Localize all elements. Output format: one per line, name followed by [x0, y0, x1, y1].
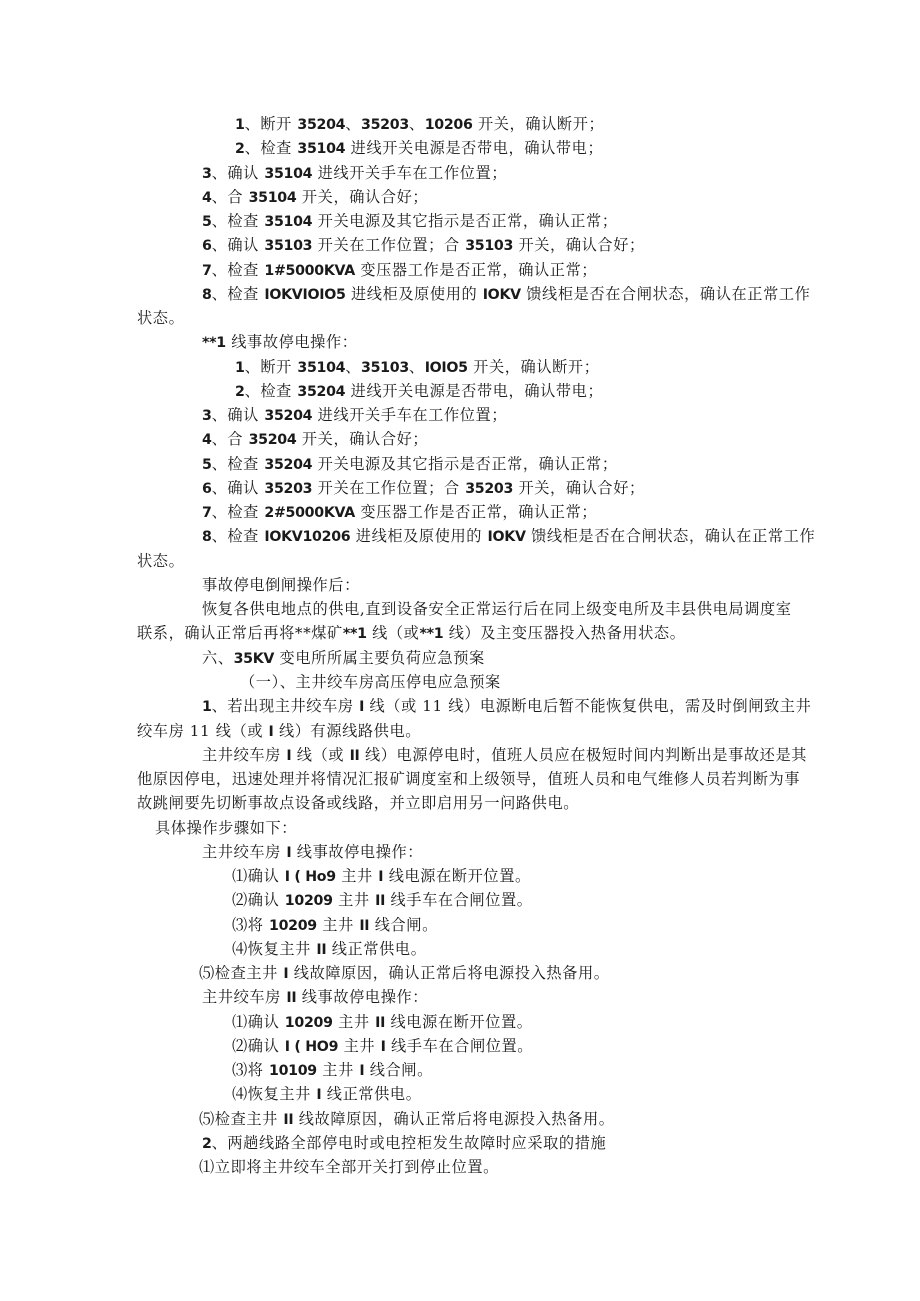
bold-code: 35204	[297, 117, 345, 133]
bold-code: **1	[419, 626, 443, 642]
bold-code: IOKV10206	[264, 529, 350, 545]
bold-code: 35204	[264, 457, 312, 473]
text-run: 、检查	[212, 503, 265, 521]
text-line: 3、确认 35104 进线开关手车在工作位置；	[202, 161, 507, 185]
bold-code: 35104	[264, 166, 312, 182]
text-line: 主井绞车房 I 线（或 II 线）电源停电时，值班人员应在极短时间内判断出是事故…	[202, 743, 807, 767]
text-run: 主井绞车房	[202, 746, 286, 764]
text-line: 具体操作步骤如下：	[155, 816, 297, 840]
text-line: 1、断开 35104、35103、IOIO5 开关，确认断开；	[235, 355, 599, 379]
text-run: 线正常供电。	[326, 940, 426, 958]
text-run: 进线柜及原使用的	[346, 285, 483, 303]
text-run: ⑶将	[232, 916, 269, 934]
text-line: 8、检查 IOKV10206 进线柜及原使用的 IOKV 馈线柜是否在合闸状态，…	[202, 524, 815, 548]
bold-code: 2	[235, 141, 245, 157]
text-run: 线合闸。	[369, 916, 438, 934]
text-line: 4、合 35104 开关，确认合好；	[202, 185, 428, 209]
text-run: ⑴确认	[232, 1013, 285, 1031]
bold-code: 6	[202, 481, 212, 497]
bold-code: 35103	[465, 238, 513, 254]
text-run: 、	[409, 115, 425, 133]
text-run: 开关，确认断开；	[473, 115, 605, 133]
bold-code: 2	[235, 384, 245, 400]
text-line: ⑸检查主井 I 线故障原因，确认正常后将电源投入热备用。	[199, 961, 610, 985]
text-line: 1、若出现主井绞车房 I 线（或 11 线）电源断电后暂不能恢复供电，需及时倒闸…	[202, 694, 811, 718]
bold-code: II	[283, 1112, 293, 1128]
bold-code: 10209	[285, 893, 333, 909]
text-line: 主井绞车房 II 线事故停电操作：	[202, 985, 428, 1009]
text-run: 状态。	[137, 552, 184, 570]
text-line: ⑶将 10209 主井 II 线合闸。	[232, 913, 438, 937]
text-run: ⑵确认	[232, 891, 285, 909]
text-line: ⑸检查主井 II 线故障原因，确认正常后将电源投入热备用。	[199, 1107, 615, 1131]
bold-code: 4	[202, 432, 212, 448]
text-run: ⑷恢复主井	[232, 940, 316, 958]
bold-code: 3	[202, 166, 212, 182]
bold-code: 4	[202, 190, 212, 206]
bold-code: 6	[202, 238, 212, 254]
text-line: 1、断开 35204、35203、10206 开关，确认断开；	[235, 112, 604, 136]
bold-code: 8	[202, 529, 212, 545]
bold-code: I ( Ho9	[285, 869, 336, 885]
bold-code: II	[350, 748, 360, 764]
text-run: 线（或	[291, 746, 349, 764]
text-line: 状态。	[137, 306, 184, 330]
bold-code: 7	[202, 263, 212, 279]
text-run: 、	[345, 358, 361, 376]
text-run: ⑴确认	[232, 867, 285, 885]
bold-code: II	[316, 942, 326, 958]
text-run: 线事故停电操作：	[291, 843, 423, 861]
text-run: 开关，确认合好；	[296, 188, 428, 206]
text-run: 、检查	[245, 139, 298, 157]
text-run: 六、	[202, 649, 234, 667]
text-run: 开关电源及其它指示是否正常，确认正常；	[312, 455, 617, 473]
text-line: 2、检查 35104 进线开关电源是否带电，确认带电；	[235, 136, 603, 160]
text-line: 状态。	[137, 549, 184, 573]
text-run: 、检查	[212, 285, 265, 303]
text-run: 状态。	[137, 309, 184, 327]
text-line: 6、确认 35203 开关在工作位置；合 35203 开关，确认合好；	[202, 476, 645, 500]
text-run: 故跳闸要先切断事故点设备或线路，并立即启用另一问路供电。	[137, 794, 579, 812]
text-run: 线正常供电。	[321, 1085, 421, 1103]
text-line: 7、检查 1#5000KVA 变压器工作是否正常，确认正常；	[202, 258, 597, 282]
text-run: 、检查	[245, 382, 298, 400]
text-run: 线手车在合闸位置。	[386, 1037, 534, 1055]
text-run: 线（或	[367, 624, 420, 642]
text-run: 、合	[212, 430, 249, 448]
text-run: 线故障原因，确认正常后将电源投入热备用。	[288, 964, 609, 982]
text-run: 、	[409, 358, 425, 376]
text-run: 主井绞车房	[202, 843, 286, 861]
text-run: 线）有源线路供电。	[274, 722, 422, 740]
text-line: ⑵确认 I ( HO9 主井 I 线手车在合闸位置。	[232, 1034, 533, 1058]
text-run: 进线开关电源是否带电，确认带电；	[345, 382, 603, 400]
text-run: 主井	[333, 891, 375, 909]
text-run: 线事故停电操作：	[226, 333, 358, 351]
text-line: 7、检查 2#5000KVA 变压器工作是否正常，确认正常；	[202, 500, 597, 524]
text-line: 恢复各供电地点的供电,直到设备安全正常运行后在同上级变电所及丰县供电局调度室	[202, 597, 792, 621]
text-line: ⑶将 10109 主井 I 线合闸。	[232, 1058, 433, 1082]
text-run: 、检查	[212, 212, 265, 230]
text-run: 开关，确认合好；	[513, 479, 645, 497]
text-run: ⑸检查主井	[199, 1110, 283, 1128]
bold-code: II	[375, 1015, 385, 1031]
bold-code: 35204	[249, 432, 297, 448]
text-line: 故跳闸要先切断事故点设备或线路，并立即启用另一问路供电。	[137, 791, 579, 815]
bold-code: IOKV	[488, 529, 526, 545]
text-line: 事故停电倒闸操作后：	[202, 573, 360, 597]
text-run: 主井	[336, 867, 378, 885]
text-line: ⑴立即将主井绞车全部开关打到停止位置。	[199, 1155, 499, 1179]
text-run: 具体操作步骤如下：	[155, 819, 297, 837]
text-run: 主井绞车房	[202, 988, 286, 1006]
text-line: 5、检查 35204 开关电源及其它指示是否正常，确认正常；	[202, 452, 618, 476]
text-run: 绞车房 11 线（或	[137, 722, 269, 740]
bold-code: 35103	[361, 360, 409, 376]
text-run: 开关电源及其它指示是否正常，确认正常；	[312, 212, 617, 230]
text-run: 馈线柜是否在合闸状态，确认在正常工作	[521, 285, 811, 303]
bold-code: 2	[202, 1136, 212, 1152]
bold-code: IOIO5	[425, 360, 468, 376]
bold-code: 35204	[297, 384, 345, 400]
bold-code: 35104	[297, 360, 345, 376]
text-run: 线）电源停电时，值班人员应在极短时间内判断出是事故还是其	[360, 746, 807, 764]
text-run: 线（或 11 线）电源断电后暂不能恢复供电，需及时倒闸致主井	[364, 697, 811, 715]
bold-code: 5	[202, 214, 212, 230]
text-run: 线事故停电操作：	[296, 988, 428, 1006]
text-run: 线故障原因，确认正常后将电源投入热备用。	[293, 1110, 614, 1128]
text-run: ⑴立即将主井绞车全部开关打到停止位置。	[199, 1158, 499, 1176]
text-line: ⑴确认 10209 主井 II 线电源在断开位置。	[232, 1010, 533, 1034]
bold-code: 35KV	[234, 651, 275, 667]
text-run: 、检查	[212, 455, 265, 473]
bold-code: II	[286, 990, 296, 1006]
text-run: 变压器工作是否正常，确认正常；	[355, 261, 597, 279]
text-run: 、确认	[212, 236, 265, 254]
text-run: 馈线柜是否在合闸状态，确认在正常工作	[526, 527, 816, 545]
bold-code: 35203	[465, 481, 513, 497]
text-run: ⑶将	[232, 1061, 269, 1079]
bold-code: 10206	[425, 117, 473, 133]
bold-code: 35104	[297, 141, 345, 157]
bold-code: 2#5000KVA	[264, 505, 355, 521]
bold-code: **1	[202, 335, 226, 351]
text-line: 主井绞车房 I 线事故停电操作：	[202, 840, 423, 864]
text-run: ⑸检查主井	[199, 964, 283, 982]
text-line: 六、35KV 变电所所属主要负荷应急预案	[202, 646, 485, 670]
text-run: 开关，确认断开；	[468, 358, 600, 376]
bold-code: 35104	[249, 190, 297, 206]
bold-code: 35103	[264, 238, 312, 254]
text-run: 开关在工作位置；合	[312, 479, 465, 497]
text-line: （一）、主井绞车房高压停电应急预案	[240, 670, 501, 694]
bold-code: 1	[235, 117, 245, 133]
text-run: 、	[345, 115, 361, 133]
text-run: 主井	[317, 1061, 359, 1079]
text-run: ⑵确认	[232, 1037, 285, 1055]
text-run: 开关在工作位置；合	[312, 236, 465, 254]
text-run: 线电源在断开位置。	[383, 867, 531, 885]
text-line: ⑷恢复主井 I 线正常供电。	[232, 1082, 422, 1106]
text-line: ⑷恢复主井 II 线正常供电。	[232, 937, 427, 961]
bold-code: 3	[202, 408, 212, 424]
bold-code: I ( HO9	[285, 1039, 338, 1055]
text-run: 主井	[338, 1037, 380, 1055]
text-line: **1 线事故停电操作：	[202, 330, 358, 354]
text-line: 3、确认 35204 进线开关手车在工作位置；	[202, 403, 507, 427]
text-line: 5、检查 35104 开关电源及其它指示是否正常，确认正常；	[202, 209, 618, 233]
text-line: 6、确认 35103 开关在工作位置；合 35103 开关，确认合好；	[202, 233, 645, 257]
text-run: 事故停电倒闸操作后：	[202, 576, 360, 594]
bold-code: IOKVIOIO5	[264, 287, 345, 303]
text-run: 线手车在合闸位置。	[385, 891, 533, 909]
text-run: 进线柜及原使用的	[350, 527, 487, 545]
text-line: ⑴确认 I ( Ho9 主井 I 线电源在断开位置。	[232, 864, 531, 888]
text-run: 、确认	[212, 164, 265, 182]
text-run: 、断开	[245, 115, 298, 133]
text-line: 8、检查 IOKVIOIO5 进线柜及原使用的 IOKV 馈线柜是否在合闸状态，…	[202, 282, 810, 306]
text-run: （一）、主井绞车房高压停电应急预案	[240, 673, 501, 691]
text-line: 他原因停电，迅速处理并将情况汇报矿调度室和上级领导，值班人员和电气维修人员若判断…	[137, 767, 800, 791]
text-run: 线）及主变压器投入热备用状态。	[443, 624, 685, 642]
text-run: 线合闸。	[364, 1061, 433, 1079]
bold-code: 35203	[264, 481, 312, 497]
text-run: 、两趟线路全部停电时或电控柜发生故障时应采取的措施	[212, 1134, 607, 1152]
text-run: 、合	[212, 188, 249, 206]
text-run: ⑷恢复主井	[232, 1085, 316, 1103]
bold-code: 10209	[269, 918, 317, 934]
text-run: 开关，确认合好；	[513, 236, 645, 254]
text-run: 主井	[317, 916, 359, 934]
text-run: 变电所所属主要负荷应急预案	[274, 649, 485, 667]
bold-code: 1	[235, 360, 245, 376]
text-run: 、确认	[212, 406, 265, 424]
text-line: ⑵确认 10209 主井 II 线手车在合闸位置。	[232, 888, 533, 912]
bold-code: IOKV	[483, 287, 521, 303]
bold-code: 10209	[285, 1015, 333, 1031]
text-run: 、检查	[212, 261, 265, 279]
bold-code: 1	[202, 699, 212, 715]
bold-code: 1#5000KVA	[264, 263, 355, 279]
text-run: 、断开	[245, 358, 298, 376]
text-run: 变压器工作是否正常，确认正常；	[355, 503, 597, 521]
text-run: 主井	[333, 1013, 375, 1031]
text-run: 进线开关手车在工作位置；	[312, 164, 507, 182]
document-page: 1、断开 35204、35203、10206 开关，确认断开；2、检查 3510…	[0, 0, 920, 1301]
text-run: 恢复各供电地点的供电,直到设备安全正常运行后在同上级变电所及丰县供电局调度室	[202, 600, 792, 618]
text-line: 联系，确认正常后再将**煤矿**1 线（或**1 线）及主变压器投入热备用状态。	[137, 621, 686, 645]
bold-code: 35104	[264, 214, 312, 230]
text-run: 、若出现主井绞车房	[212, 697, 360, 715]
text-run: 、检查	[212, 527, 265, 545]
bold-code: II	[359, 918, 369, 934]
text-line: 4、合 35204 开关，确认合好；	[202, 427, 428, 451]
text-run: 他原因停电，迅速处理并将情况汇报矿调度室和上级领导，值班人员和电气维修人员若判断…	[137, 770, 800, 788]
bold-code: 10109	[269, 1063, 317, 1079]
text-line: 2、两趟线路全部停电时或电控柜发生故障时应采取的措施	[202, 1131, 606, 1155]
text-run: 、确认	[212, 479, 265, 497]
bold-code: **1	[343, 626, 367, 642]
text-run: 联系，确认正常后再将**煤矿	[137, 624, 343, 642]
text-run: 进线开关电源是否带电，确认带电；	[345, 139, 603, 157]
bold-code: 35204	[264, 408, 312, 424]
bold-code: 7	[202, 505, 212, 521]
bold-code: II	[375, 893, 385, 909]
text-run: 线电源在断开位置。	[385, 1013, 533, 1031]
text-run: 开关，确认合好；	[296, 430, 428, 448]
text-line: 2、检查 35204 进线开关电源是否带电，确认带电；	[235, 379, 603, 403]
bold-code: 8	[202, 287, 212, 303]
bold-code: 5	[202, 457, 212, 473]
text-run: 进线开关手车在工作位置；	[312, 406, 507, 424]
text-line: 绞车房 11 线（或 I 线）有源线路供电。	[137, 719, 421, 743]
bold-code: 35203	[361, 117, 409, 133]
